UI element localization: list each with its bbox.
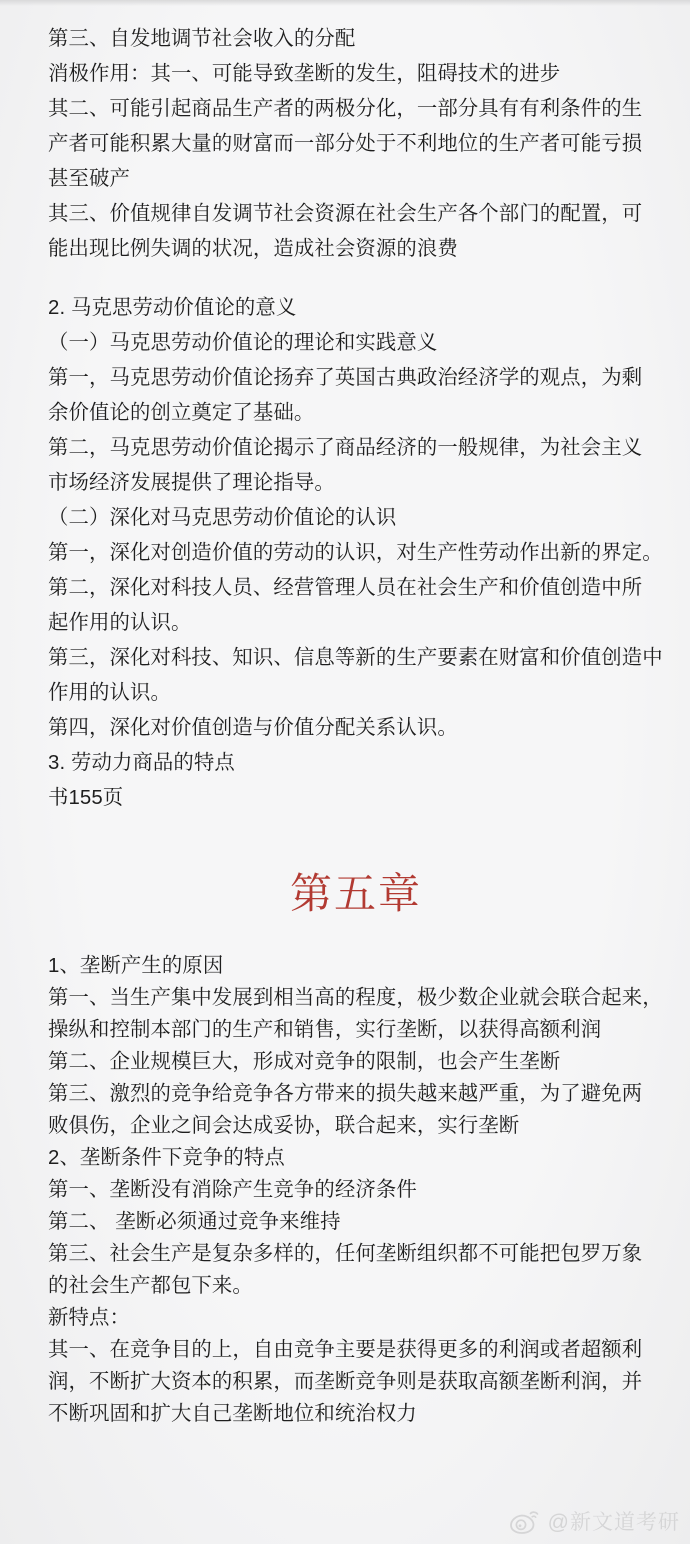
text-line: 其三、价值规律自发调节社会资源在社会生产各个部门的配置，可	[48, 197, 664, 232]
text-line: 润，不断扩大资本的积累，而垄断竞争则是获取高额垄断利润，并	[48, 1366, 664, 1398]
section-value-law: 第三、自发地调节社会收入的分配 消极作用：其一、可能导致垄断的发生，阻碍技术的进…	[48, 22, 664, 267]
text-line: 第三，深化对科技、知识、信息等新的生产要素在财富和价值创造中	[48, 641, 664, 676]
chapter-heading: 第五章	[48, 862, 664, 926]
text-line: 市场经济发展提供了理论指导。	[48, 466, 664, 501]
text-line: 作用的认识。	[48, 676, 664, 711]
text-line: 其一、在竞争目的上，自由竞争主要是获得更多的利润或者超额利	[48, 1334, 664, 1366]
text-line: 第二，深化对科技人员、经营管理人员在社会生产和价值创造中所	[48, 571, 664, 606]
text-line: 起作用的认识。	[48, 606, 664, 641]
text-line: 能出现比例失调的状况，造成社会资源的浪费	[48, 232, 664, 267]
text-line: 第一，深化对创造价值的劳动的认识，对生产性劳动作出新的界定。	[48, 536, 664, 571]
text-line: 第四，深化对价值创造与价值分配关系认识。	[48, 711, 664, 746]
text-line: 3. 劳动力商品的特点	[48, 746, 664, 781]
text-line: 第三、激烈的竞争给竞争各方带来的损失越来越严重，为了避免两	[48, 1078, 664, 1110]
text-line: 第一、当生产集中发展到相当高的程度，极少数企业就会联合起来，	[48, 982, 664, 1014]
text-line: 第一、垄断没有消除产生竞争的经济条件	[48, 1174, 664, 1206]
text-line: （一）马克思劳动价值论的理论和实践意义	[48, 326, 664, 361]
text-line: 其二、可能引起商品生产者的两极分化，一部分具有有利条件的生	[48, 92, 664, 127]
text-line: 甚至破产	[48, 162, 664, 197]
notes-page: 第三、自发地调节社会收入的分配 消极作用：其一、可能导致垄断的发生，阻碍技术的进…	[0, 0, 690, 1544]
text-line: 书155页	[48, 781, 664, 816]
text-line: 2、垄断条件下竞争的特点	[48, 1142, 664, 1174]
text-line: 2. 马克思劳动价值论的意义	[48, 291, 664, 326]
text-line: 操纵和控制本部门的生产和销售，实行垄断，以获得高额利润	[48, 1014, 664, 1046]
text-line: 余价值论的创立奠定了基础。	[48, 396, 664, 431]
text-line: 消极作用：其一、可能导致垄断的发生，阻碍技术的进步	[48, 57, 664, 92]
text-line: 1、垄断产生的原因	[48, 950, 664, 982]
text-line: 第二、企业规模巨大，形成对竞争的限制，也会产生垄断	[48, 1046, 664, 1078]
text-line: 的社会生产都包下来。	[48, 1270, 664, 1302]
section-labor-value-theory: 2. 马克思劳动价值论的意义 （一）马克思劳动价值论的理论和实践意义 第一，马克…	[48, 291, 664, 816]
text-line: 第二、 垄断必须通过竞争来维持	[48, 1206, 664, 1238]
watermark: @新文道考研	[508, 1506, 680, 1536]
text-line: 败俱伤，企业之间会达成妥协，联合起来，实行垄断	[48, 1110, 664, 1142]
text-line: 不断巩固和扩大自己垄断地位和统治权力	[48, 1398, 664, 1430]
text-line: 第三、自发地调节社会收入的分配	[48, 22, 664, 57]
text-line: 第三、社会生产是复杂多样的，任何垄断组织都不可能把包罗万象	[48, 1238, 664, 1270]
text-line: 新特点：	[48, 1302, 664, 1334]
text-line: 第一，马克思劳动价值论扬弃了英国古典政治经济学的观点，为剩	[48, 361, 664, 396]
watermark-handle: @新文道考研	[548, 1506, 680, 1536]
text-line: （二）深化对马克思劳动价值论的认识	[48, 501, 664, 536]
text-line: 产者可能积累大量的财富而一部分处于不利地位的生产者可能亏损	[48, 127, 664, 162]
weibo-icon	[508, 1506, 542, 1536]
text-line: 第二，马克思劳动价值论揭示了商品经济的一般规律，为社会主义	[48, 431, 664, 466]
section-monopoly: 1、垄断产生的原因 第一、当生产集中发展到相当高的程度，极少数企业就会联合起来，…	[48, 950, 664, 1430]
